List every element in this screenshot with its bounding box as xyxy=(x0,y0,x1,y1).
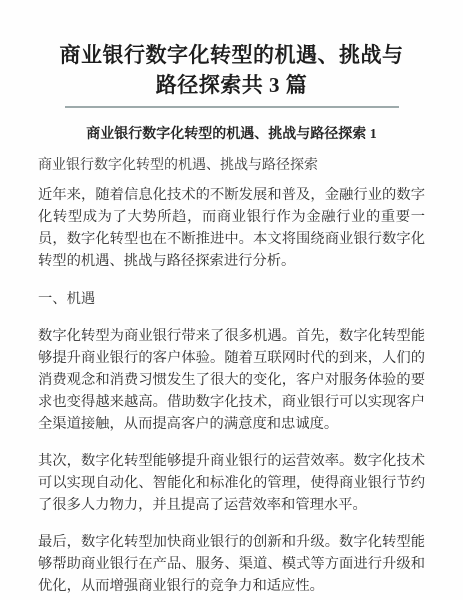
paragraph-operational-efficiency: 其次，数字化转型能够提升商业银行的运营效率。数字化技术可以实现自动化、智能化和标… xyxy=(38,450,425,516)
section-heading-opportunities: 一、机遇 xyxy=(38,288,425,310)
article-title: 商业银行数字化转型的机遇、挑战与路径探索 1 xyxy=(30,125,433,144)
paragraph-innovation-upgrade: 最后，数字化转型加快商业银行的创新和升级。数字化转型能够帮助商业银行在产品、服务… xyxy=(38,531,425,597)
title-divider xyxy=(65,106,399,108)
intro-paragraph: 近年来，随着信息化技术的不断发展和普及，金融行业的数字化转型成为了大势所趋，而商… xyxy=(38,184,425,272)
article-lead-line: 商业银行数字化转型的机遇、挑战与路径探索 xyxy=(38,156,425,175)
paragraph-customer-experience: 数字化转型为商业银行带来了很多机遇。首先，数字化转型能够提升商业银行的客户体验。… xyxy=(38,325,425,435)
document-page: 商业银行数字化转型的机遇、挑战与路径探索共 3 篇 商业银行数字化转型的机遇、挑… xyxy=(0,0,463,600)
document-title: 商业银行数字化转型的机遇、挑战与路径探索共 3 篇 xyxy=(54,40,410,100)
